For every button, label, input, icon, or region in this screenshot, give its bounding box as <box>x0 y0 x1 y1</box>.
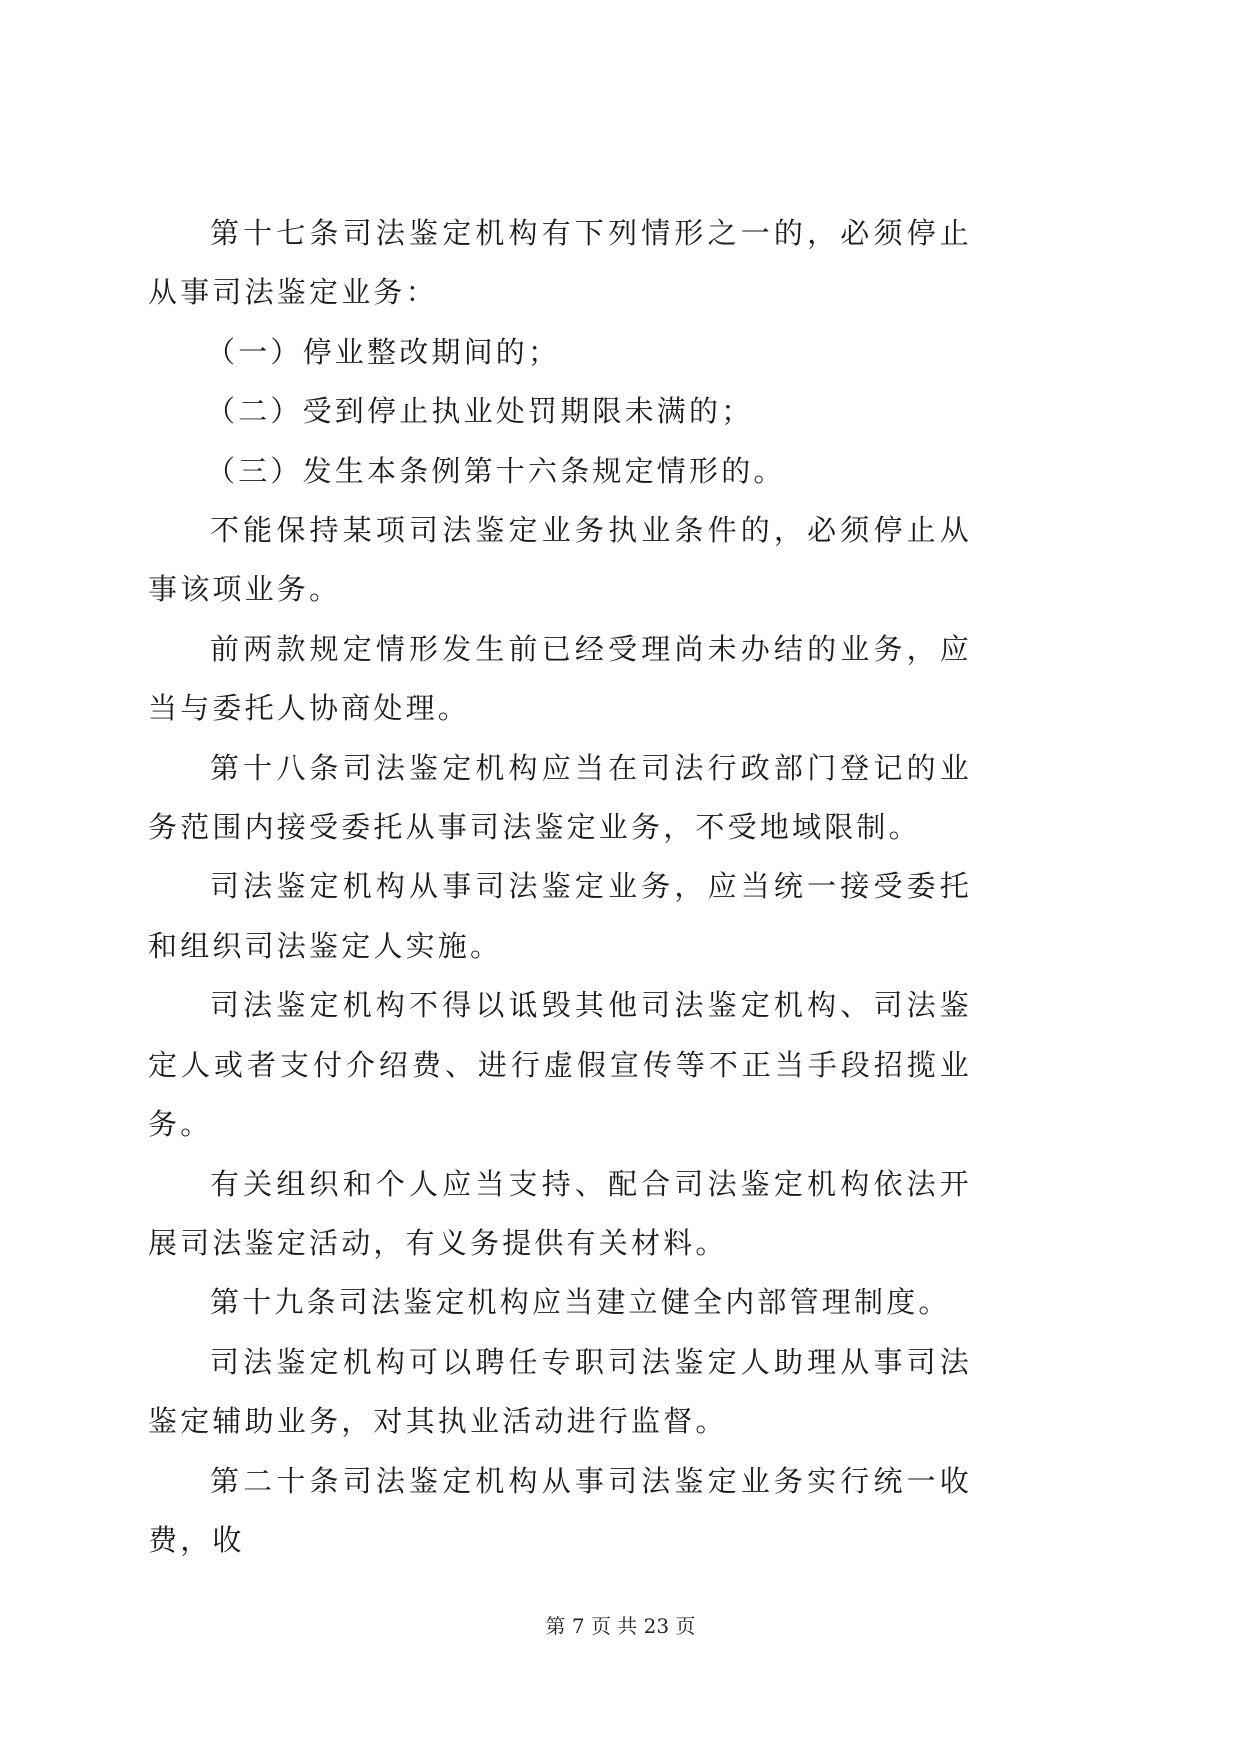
paragraph: 不能保持某项司法鉴定业务执业条件的，必须停止从事该项业务。 <box>148 501 972 620</box>
paragraph-article-17: 第十七条司法鉴定机构有下列情形之一的，必须停止从事司法鉴定业务： <box>148 204 972 323</box>
document-body: 第十七条司法鉴定机构有下列情形之一的，必须停止从事司法鉴定业务： （一）停业整改… <box>148 204 972 1570</box>
paragraph: 司法鉴定机构不得以诋毁其他司法鉴定机构、司法鉴定人或者支付介绍费、进行虚假宣传等… <box>148 976 972 1154</box>
paragraph-article-18: 第十八条司法鉴定机构应当在司法行政部门登记的业务范围内接受委托从事司法鉴定业务，… <box>148 739 972 858</box>
paragraph: 司法鉴定机构从事司法鉴定业务，应当统一接受委托和组织司法鉴定人实施。 <box>148 857 972 976</box>
paragraph-article-19: 第十九条司法鉴定机构应当建立健全内部管理制度。 <box>148 1273 972 1332</box>
list-item-2: （二）受到停止执业处罚期限未满的； <box>148 382 972 441</box>
list-item-1: （一）停业整改期间的； <box>148 323 972 382</box>
document-page: 第十七条司法鉴定机构有下列情形之一的，必须停止从事司法鉴定业务： （一）停业整改… <box>0 0 1241 1754</box>
page-number-footer: 第 7 页 共 23 页 <box>0 1610 1241 1639</box>
paragraph: 有关组织和个人应当支持、配合司法鉴定机构依法开展司法鉴定活动，有义务提供有关材料… <box>148 1155 972 1274</box>
paragraph: 司法鉴定机构可以聘任专职司法鉴定人助理从事司法鉴定辅助业务，对其执业活动进行监督… <box>148 1333 972 1452</box>
list-item-3: （三）发生本条例第十六条规定情形的。 <box>148 442 972 501</box>
paragraph: 前两款规定情形发生前已经受理尚未办结的业务，应当与委托人协商处理。 <box>148 620 972 739</box>
paragraph-article-20: 第二十条司法鉴定机构从事司法鉴定业务实行统一收费，收 <box>148 1452 972 1571</box>
